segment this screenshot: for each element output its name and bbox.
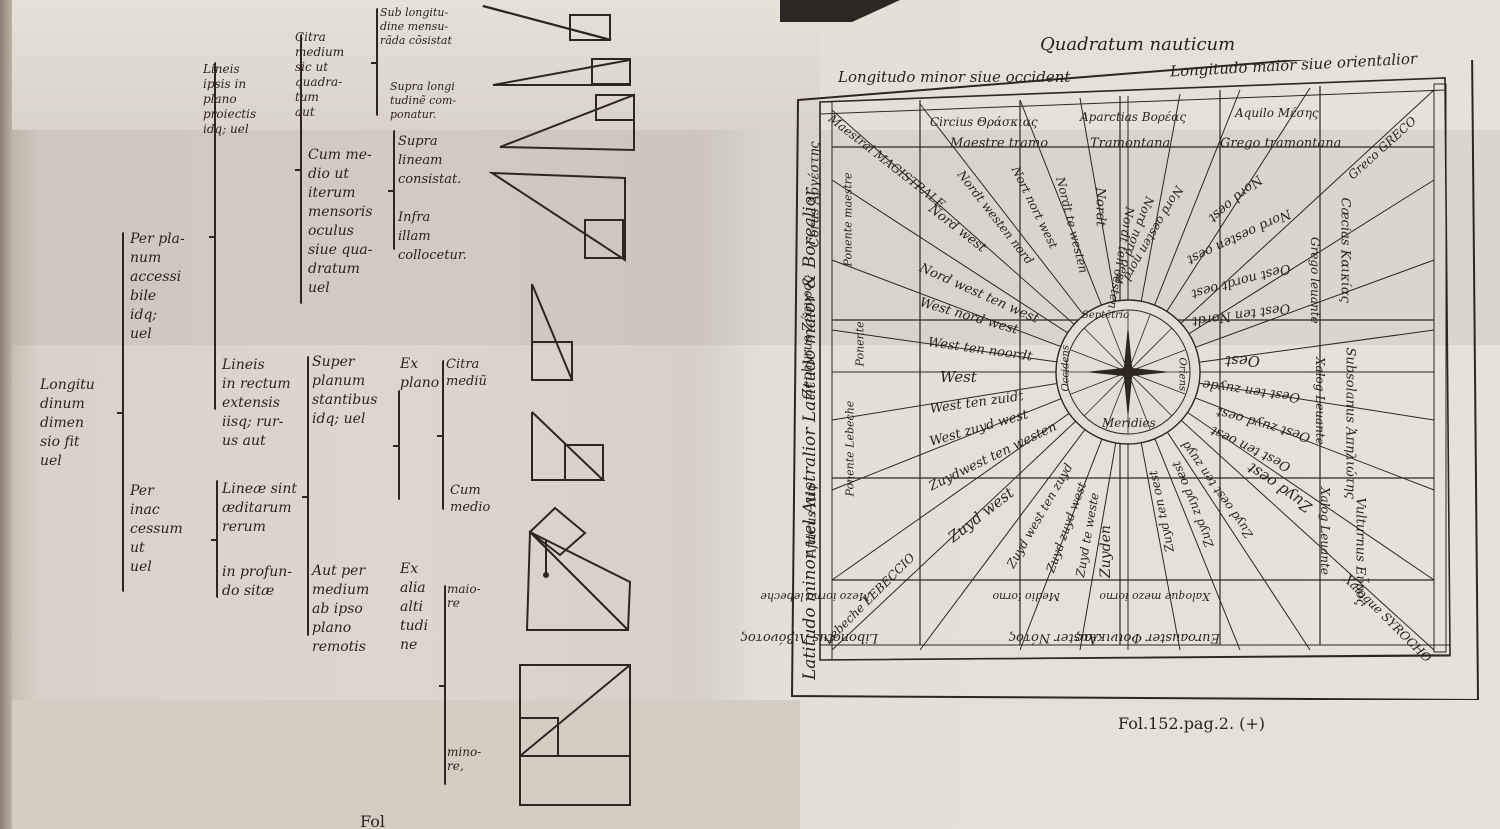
brace-level3b xyxy=(307,356,309,636)
background-corner xyxy=(780,0,900,22)
left-wind-ponente-lebeche: Ponente Lebeche xyxy=(844,401,857,497)
compass-west-label: Occidens xyxy=(1061,345,1072,392)
left-wind-zephyrus: Zephyrus Ζέφυρος xyxy=(801,276,816,398)
level3-cum-medio: Cum me- dio ut iterum mensoris oculus si… xyxy=(308,146,373,298)
level3-super-planum: Super planum stantibus idq; uel xyxy=(312,353,377,429)
level4-ex-plano: Ex plano xyxy=(400,355,439,393)
compass-east-label: Oriens xyxy=(1177,358,1188,392)
level4-infra-illam: Infra illam collocetur. xyxy=(398,208,467,265)
level4-supra-lineam: Supra lineam consistat. xyxy=(398,132,461,189)
rhumb-nw-7: West xyxy=(940,368,977,386)
bottom-wind-euroauster: Euroauster Φοινικίας xyxy=(1076,630,1220,645)
right-wind-xalog-leuante: Xalog Leuante xyxy=(1313,357,1327,445)
brace-level4c xyxy=(398,390,400,500)
rhumb-ne-8: Oest xyxy=(1225,352,1260,370)
folio-reference: Fol.152.pag.2. (+) xyxy=(1118,714,1265,733)
level1-inaccessible: Per inac cessum ut uel xyxy=(130,482,183,577)
level3-per-medium: Aut per medium ab ipso plano remotis xyxy=(312,562,369,657)
brace-level4b xyxy=(393,130,395,250)
nautical-quadrant: Quadratum nauticum Longitudo minor siue … xyxy=(790,60,1480,700)
level2-deep: in profun- do sitæ xyxy=(222,563,292,601)
right-wind-subsolanus: Subsolanus Ἀπηλιώτης xyxy=(1343,348,1358,499)
right-wind-caecias: Cæcias Καικίας xyxy=(1338,198,1353,303)
right-wind-vulturnus: Vulturnus Εὖρος xyxy=(1353,498,1368,607)
brace-level4a xyxy=(376,8,378,116)
level3-citra-medium: Citra medium sic ut quadra- tum aut xyxy=(295,30,344,120)
brace-level1 xyxy=(122,232,124,592)
level1-accessible: Per pla- num accessi bile idq; uel xyxy=(130,230,185,344)
level4-sub-longitudine: Sub longitu- dine mensu- rãda cõsistat xyxy=(380,6,452,48)
diagram-2-icon xyxy=(493,59,630,85)
diagram-7-icon xyxy=(527,508,630,630)
left-wind-ponente-maestre: Ponente maestre xyxy=(842,172,855,266)
level2-raised: Lineæ sint æditarum rerum xyxy=(222,480,297,537)
top-wind-aparctias: Aparctias Βορέας xyxy=(1080,110,1186,124)
brace-level2b xyxy=(216,480,218,598)
rhumb-ne-0: Nordt xyxy=(1093,188,1108,227)
diagram-3-icon xyxy=(500,95,634,150)
diagram-1-icon xyxy=(483,6,611,40)
right-wind-xalog-leuante-2: Xalog Leuante xyxy=(1318,487,1332,575)
geometric-diagrams xyxy=(480,0,650,820)
level2-extended: Lineis in rectum extensis iisq; rur- us … xyxy=(222,356,291,451)
quadrant-title: Quadratum nauticum xyxy=(1040,34,1235,55)
book-spine xyxy=(0,0,12,829)
top-wind-circius: Circius Θράσκιας xyxy=(930,115,1038,129)
folio-fragment: Fol xyxy=(360,812,385,829)
level2-projected: Lineis ipsis in plano proiectis idq; uel xyxy=(203,62,256,137)
left-wind-corus: Corus Ἀργέστης xyxy=(808,141,823,247)
brace-level5a xyxy=(442,360,444,510)
diagram-6-icon xyxy=(532,412,603,480)
right-wind-grego-leuante: Grego leuante xyxy=(1308,237,1322,324)
bottom-wind-xaloque-mezo-iorno: Xaloque mezo iorno xyxy=(1099,590,1210,603)
level5-minore: mino- re, xyxy=(447,745,481,773)
bottom-wind-medio-iorno: Medio iorno xyxy=(992,590,1060,603)
level4-supra-longitudine: Supra longi tudinẽ com- ponatur. xyxy=(390,80,456,122)
compass-north-label: Septētrio xyxy=(1082,310,1129,321)
compass-south-label: Meridies xyxy=(1102,416,1156,430)
diagram-8-icon xyxy=(520,665,630,805)
diagram-5-icon xyxy=(532,284,572,380)
left-wind-africus: Africus Λίψ xyxy=(805,482,820,557)
root-term: Longitu dinum dimen sio fit uel xyxy=(40,376,95,471)
rhumb-sw-7: Zuyden xyxy=(1098,525,1114,578)
level4-ex-alia: Ex alia alti tudi ne xyxy=(400,560,428,655)
level5-maiore: maio- re xyxy=(447,582,481,610)
top-wind-aquilo: Aquilo Μέσης xyxy=(1235,106,1319,120)
top-wind-grego-tramontana: Grego tramontana xyxy=(1220,136,1341,151)
bottom-wind-mezo-iorno-lebeche: Mezo iorno lebeche xyxy=(760,590,870,603)
bottom-wind-libonotus: Libonotus Λιβόνοτος xyxy=(741,630,878,645)
paper-fold-flap xyxy=(0,700,800,829)
folio-photograph: Longitu dinum dimen sio fit uel Per pla-… xyxy=(0,0,1500,829)
top-wind-maestre-tramo: Maestre tramo xyxy=(950,136,1048,151)
diagram-4-icon xyxy=(492,173,625,260)
left-wind-ponente: Ponente xyxy=(854,321,867,366)
top-left-label: Longitudo minor siue occident xyxy=(838,68,1070,86)
brace-level5b xyxy=(444,585,446,785)
top-wind-tramontana: Tramontana xyxy=(1090,136,1170,151)
